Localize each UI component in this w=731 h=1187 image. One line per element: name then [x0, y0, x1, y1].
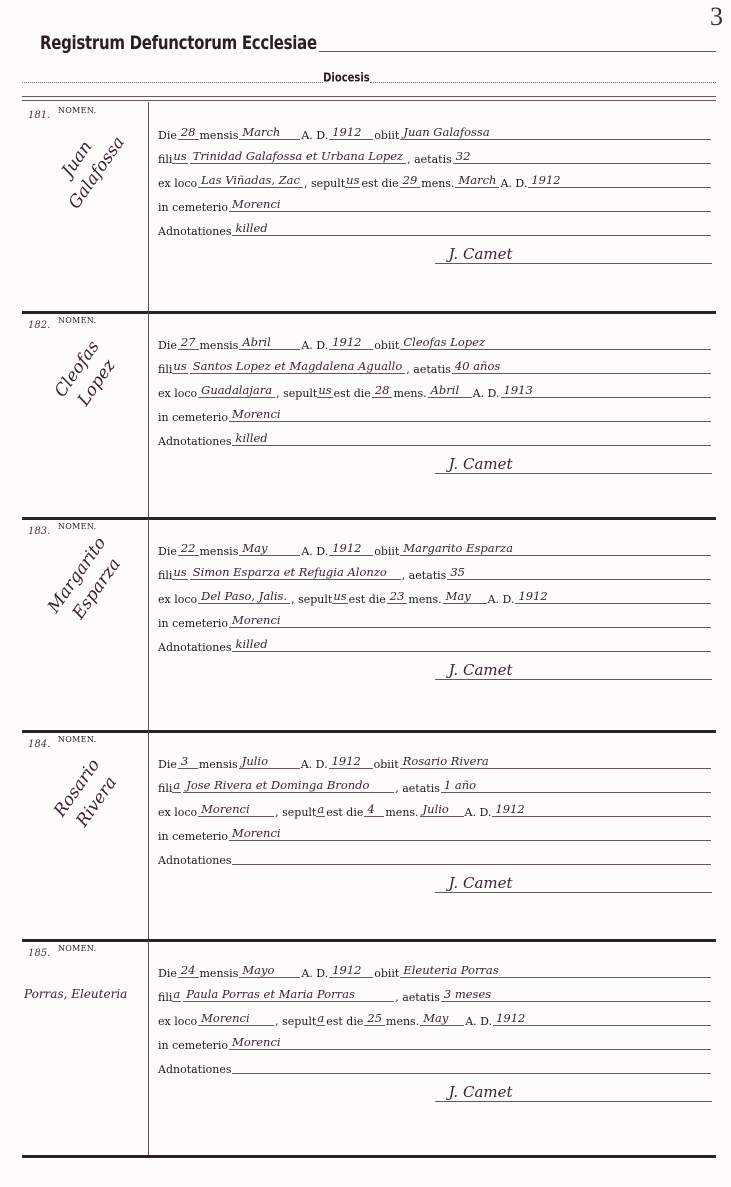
cemetery: Morenci — [229, 614, 711, 628]
age: 32 — [453, 150, 711, 164]
entry-number: 184. — [28, 739, 50, 750]
place-of-origin: Morenci — [198, 803, 274, 817]
sepult-label: , sepult — [275, 806, 316, 819]
ad-label: A. D. — [301, 339, 328, 352]
priest-signature: J. Camet — [435, 874, 712, 893]
fili-suffix: a — [172, 779, 181, 793]
burial-day: 23 — [387, 590, 408, 604]
death-day: 24 — [178, 964, 199, 978]
death-record-entry: 181. NOMEN. Juan Galafossa Die 28 mensis… — [22, 102, 716, 314]
cemetery-line: in cemeterio Morenci — [158, 606, 712, 630]
signature-line: J. Camet — [158, 654, 712, 682]
annotations: killed — [232, 222, 711, 236]
margin-name: Margarito Esparza — [36, 523, 138, 641]
deceased-name: Margarito Esparza — [400, 542, 711, 556]
column-divider — [148, 102, 149, 311]
burial-year: 1912 — [528, 174, 711, 188]
ad-label: A. D. — [301, 129, 328, 142]
parents-line: filius Santos Lopez et Magdalena Aguallo… — [158, 352, 712, 376]
cemetery: Morenci — [229, 1036, 711, 1050]
mens-label: mens. — [385, 806, 418, 819]
deceased-name: Rosario Rivera — [400, 755, 711, 769]
priest-signature: J. Camet — [435, 245, 712, 264]
cemetery: Morenci — [229, 198, 711, 212]
die-label: Die — [158, 129, 177, 142]
parents-names: Jose Rivera et Dominga Brondo — [183, 779, 394, 793]
ex-loco-label: ex loco — [158, 387, 197, 400]
column-divider — [148, 940, 149, 1155]
aetatis-label: , aetatis — [395, 991, 440, 1004]
age: 35 — [447, 566, 711, 580]
nomen-column: 183. NOMEN. Margarito Esparza — [22, 518, 146, 733]
column-divider — [148, 518, 149, 730]
record-form: Die 3 mensis Julio A. D. 1912 obiit Rosa… — [158, 747, 712, 895]
burial-day: 29 — [400, 174, 421, 188]
signature-line: J. Camet — [158, 1076, 712, 1104]
est-die-label: est die — [361, 177, 398, 190]
entry-number: 182. — [28, 320, 50, 331]
nomen-column: 182. NOMEN. Cleofas Lopez — [22, 312, 146, 520]
ex-loco-label: ex loco — [158, 593, 197, 606]
register-title: Registrum Defunctorum Ecclesiae — [40, 32, 317, 55]
sepult-suffix: us — [332, 590, 347, 604]
signature-line: J. Camet — [158, 867, 712, 895]
death-year: 1912 — [329, 336, 373, 350]
death-day: 27 — [178, 336, 199, 350]
place-of-origin: Guadalajara — [198, 384, 275, 398]
aetatis-label: , aetatis — [406, 363, 451, 376]
death-date-line: Die 27 mensis Abril A. D. 1912 obiit Cle… — [158, 328, 712, 352]
fili-label: fili — [158, 782, 172, 795]
cemetery: Morenci — [229, 408, 711, 422]
adnotationes-label: Adnotationes — [158, 1063, 231, 1076]
nomen-label: NOMEN. — [58, 316, 96, 325]
death-day: 3 — [178, 755, 198, 769]
priest-signature: J. Camet — [435, 1083, 712, 1102]
cemetery-line: in cemeterio Morenci — [158, 190, 712, 214]
burial-month: Abril — [428, 384, 472, 398]
parents-line: filia Paula Porras et Maria Porras , aet… — [158, 980, 712, 1004]
ad-label: A. D. — [301, 758, 328, 771]
sepult-label: , sepult — [291, 593, 332, 606]
annotations-line: Adnotationes killed — [158, 424, 712, 448]
burial-ad-label: A. D. — [488, 593, 515, 606]
age: 40 años — [452, 360, 711, 374]
annotations: killed — [232, 432, 711, 446]
burial-month: March — [455, 174, 499, 188]
obiit-label: obiit — [374, 129, 399, 142]
fili-suffix: us — [172, 360, 187, 374]
parents-line: filius Simon Esparza et Refugia Alonzo ,… — [158, 558, 712, 582]
adnotationes-label: Adnotationes — [158, 225, 231, 238]
obiit-label: obiit — [374, 545, 399, 558]
cemetery-line: in cemeterio Morenci — [158, 400, 712, 424]
death-month: Julio — [239, 755, 300, 769]
register-title-row: Registrum Defunctorum Ecclesiae — [40, 36, 716, 54]
death-day: 22 — [178, 542, 199, 556]
record-form: Die 28 mensis March A. D. 1912 obiit Jua… — [158, 118, 712, 266]
nomen-label: NOMEN. — [58, 522, 96, 531]
entry-number: 185. — [28, 948, 50, 959]
burial-month: May — [443, 590, 487, 604]
death-year: 1912 — [329, 542, 373, 556]
cemetery-line: in cemeterio Morenci — [158, 1028, 712, 1052]
fili-label: fili — [158, 991, 172, 1004]
mensis-label: mensis — [200, 129, 239, 142]
mens-label: mens. — [408, 593, 441, 606]
fili-suffix: a — [172, 988, 181, 1002]
death-date-line: Die 28 mensis March A. D. 1912 obiit Jua… — [158, 118, 712, 142]
nomen-label: NOMEN. — [58, 106, 96, 115]
burial-year: 1913 — [501, 384, 712, 398]
column-divider — [148, 312, 149, 517]
column-divider — [148, 731, 149, 939]
est-die-label: est die — [334, 387, 371, 400]
ad-label: A. D. — [301, 967, 328, 980]
sepult-suffix: a — [316, 803, 325, 817]
record-form: Die 27 mensis Abril A. D. 1912 obiit Cle… — [158, 328, 712, 476]
in-cemeterio-label: in cemeterio — [158, 411, 228, 424]
in-cemeterio-label: in cemeterio — [158, 201, 228, 214]
death-month: Abril — [239, 336, 300, 350]
obiit-label: obiit — [374, 758, 399, 771]
death-month: May — [239, 542, 300, 556]
cemetery: Morenci — [229, 827, 711, 841]
priest-signature: J. Camet — [435, 455, 712, 474]
adnotationes-label: Adnotationes — [158, 435, 231, 448]
mensis-label: mensis — [199, 758, 238, 771]
annotations — [232, 1073, 711, 1074]
adnotationes-label: Adnotationes — [158, 641, 231, 654]
deceased-name: Cleofas Lopez — [400, 336, 711, 350]
sepult-suffix: a — [316, 1012, 325, 1026]
burial-ad-label: A. D. — [465, 806, 492, 819]
margin-name: Rosario Rivera — [36, 736, 138, 854]
nomen-label: NOMEN. — [58, 944, 96, 953]
margin-name: Cleofas Lopez — [36, 317, 138, 435]
burial-ad-label: A. D. — [473, 387, 500, 400]
cemetery-line: in cemeterio Morenci — [158, 819, 712, 843]
diocesis-blank-right — [370, 82, 716, 83]
origin-burial-line: ex loco Morenci , sepulta est die 4 mens… — [158, 795, 712, 819]
diocesis-blank-left — [22, 82, 323, 83]
burial-ad-label: A. D. — [500, 177, 527, 190]
death-date-line: Die 3 mensis Julio A. D. 1912 obiit Rosa… — [158, 747, 712, 771]
header-double-rule — [22, 96, 716, 101]
death-record-entry: 182. NOMEN. Cleofas Lopez Die 27 mensis … — [22, 312, 716, 520]
entry-number: 181. — [28, 110, 50, 121]
burial-day: 25 — [364, 1012, 385, 1026]
obiit-label: obiit — [374, 967, 399, 980]
aetatis-label: , aetatis — [402, 569, 447, 582]
place-of-origin: Del Paso, Jalis. — [198, 590, 290, 604]
death-year: 1912 — [329, 964, 373, 978]
fili-label: fili — [158, 569, 172, 582]
burial-ad-label: A. D. — [465, 1015, 492, 1028]
diocesis-row: Diocesis — [22, 74, 716, 85]
origin-burial-line: ex loco Morenci , sepulta est die 25 men… — [158, 1004, 712, 1028]
mensis-label: mensis — [200, 967, 239, 980]
est-die-label: est die — [326, 806, 363, 819]
margin-name: Juan Galafossa — [36, 107, 138, 225]
annotations-line: Adnotationes killed — [158, 630, 712, 654]
deceased-name: Eleuteria Porras — [400, 964, 711, 978]
nomen-column: 181. NOMEN. Juan Galafossa — [22, 102, 146, 314]
entry-number: 183. — [28, 526, 50, 537]
obiit-label: obiit — [374, 339, 399, 352]
death-date-line: Die 22 mensis May A. D. 1912 obiit Marga… — [158, 534, 712, 558]
burial-day: 4 — [364, 803, 384, 817]
entry-separator-rule — [22, 1155, 716, 1158]
mens-label: mens. — [386, 1015, 419, 1028]
die-label: Die — [158, 545, 177, 558]
origin-burial-line: ex loco Las Viñadas, Zac , sepultus est … — [158, 166, 712, 190]
parents-names: Trinidad Galafossa et Urbana Lopez — [190, 150, 406, 164]
aetatis-label: , aetatis — [395, 782, 440, 795]
death-year: 1912 — [329, 126, 373, 140]
age: 1 año — [441, 779, 711, 793]
mensis-label: mensis — [200, 545, 239, 558]
sepult-label: , sepult — [276, 387, 317, 400]
ex-loco-label: ex loco — [158, 806, 197, 819]
burial-year: 1912 — [515, 590, 711, 604]
parents-names: Simon Esparza et Refugia Alonzo — [190, 566, 401, 580]
est-die-label: est die — [349, 593, 386, 606]
record-form: Die 24 mensis Mayo A. D. 1912 obiit Eleu… — [158, 956, 712, 1104]
page-number: 3 — [710, 2, 723, 32]
sepult-suffix: us — [317, 384, 332, 398]
record-form: Die 22 mensis May A. D. 1912 obiit Marga… — [158, 534, 712, 682]
sepult-label: , sepult — [275, 1015, 316, 1028]
place-of-origin: Morenci — [198, 1012, 274, 1026]
ecclesia-blank-line — [319, 51, 716, 52]
ex-loco-label: ex loco — [158, 177, 197, 190]
fili-suffix: us — [172, 150, 187, 164]
in-cemeterio-label: in cemeterio — [158, 1039, 228, 1052]
margin-name: Porras, Eleuteria — [24, 982, 134, 1006]
death-record-entry: 184. NOMEN. Rosario Rivera Die 3 mensis … — [22, 731, 716, 942]
burial-day: 28 — [372, 384, 393, 398]
diocesis-label: Diocesis — [323, 71, 370, 85]
mens-label: mens. — [421, 177, 454, 190]
die-label: Die — [158, 758, 177, 771]
in-cemeterio-label: in cemeterio — [158, 617, 228, 630]
parents-names: Paula Porras et Maria Porras — [183, 988, 394, 1002]
death-date-line: Die 24 mensis Mayo A. D. 1912 obiit Eleu… — [158, 956, 712, 980]
death-month: March — [239, 126, 300, 140]
burial-month: Julio — [420, 803, 464, 817]
annotations-line: Adnotationes — [158, 843, 712, 867]
est-die-label: est die — [326, 1015, 363, 1028]
annotations — [232, 864, 711, 865]
place-of-origin: Las Viñadas, Zac — [198, 174, 303, 188]
fili-label: fili — [158, 363, 172, 376]
priest-signature: J. Camet — [435, 661, 712, 680]
burial-year: 1912 — [492, 803, 711, 817]
fili-label: fili — [158, 153, 172, 166]
mensis-label: mensis — [200, 339, 239, 352]
sepult-suffix: us — [345, 174, 360, 188]
nomen-label: NOMEN. — [58, 735, 96, 744]
deceased-name: Juan Galafossa — [400, 126, 711, 140]
annotations: killed — [232, 638, 711, 652]
sepult-label: , sepult — [304, 177, 345, 190]
death-year: 1912 — [329, 755, 373, 769]
die-label: Die — [158, 967, 177, 980]
annotations-line: Adnotationes killed — [158, 214, 712, 238]
parents-names: Santos Lopez et Magdalena Aguallo — [190, 360, 406, 374]
age: 3 meses — [441, 988, 711, 1002]
ad-label: A. D. — [301, 545, 328, 558]
origin-burial-line: ex loco Del Paso, Jalis. , sepultus est … — [158, 582, 712, 606]
signature-line: J. Camet — [158, 238, 712, 266]
origin-burial-line: ex loco Guadalajara , sepultus est die 2… — [158, 376, 712, 400]
death-month: Mayo — [239, 964, 300, 978]
mens-label: mens. — [393, 387, 426, 400]
burial-month: May — [420, 1012, 464, 1026]
death-record-entry: 183. NOMEN. Margarito Esparza Die 22 men… — [22, 518, 716, 733]
death-day: 28 — [178, 126, 199, 140]
fili-suffix: us — [172, 566, 187, 580]
signature-line: J. Camet — [158, 448, 712, 476]
parents-line: filius Trinidad Galafossa et Urbana Lope… — [158, 142, 712, 166]
adnotationes-label: Adnotationes — [158, 854, 231, 867]
burial-year: 1912 — [493, 1012, 711, 1026]
annotations-line: Adnotationes — [158, 1052, 712, 1076]
nomen-column: 185. NOMEN. Porras, Eleuteria — [22, 940, 146, 1158]
parents-line: filia Jose Rivera et Dominga Brondo , ae… — [158, 771, 712, 795]
death-record-entry: 185. NOMEN. Porras, Eleuteria Die 24 men… — [22, 940, 716, 1158]
nomen-column: 184. NOMEN. Rosario Rivera — [22, 731, 146, 942]
in-cemeterio-label: in cemeterio — [158, 830, 228, 843]
die-label: Die — [158, 339, 177, 352]
aetatis-label: , aetatis — [407, 153, 452, 166]
ex-loco-label: ex loco — [158, 1015, 197, 1028]
